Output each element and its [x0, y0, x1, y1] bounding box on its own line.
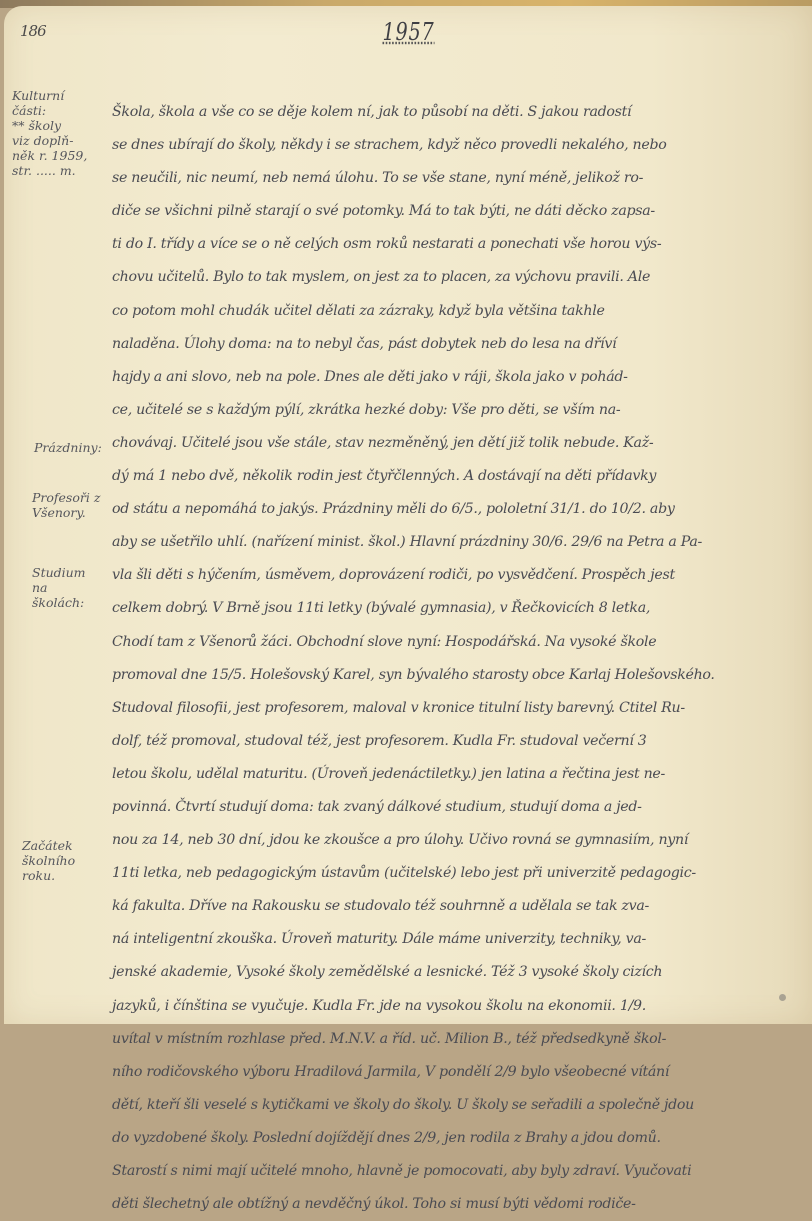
text-line: ce, učitelé se s každým pýlí, zkrátka he… — [112, 394, 752, 427]
ink-spot — [779, 994, 786, 1001]
text-line: dý má 1 nebo dvě, několik rodin jest čty… — [112, 460, 752, 493]
text-line: aby se ušetřilo uhlí. (nařízení minist. … — [112, 526, 752, 559]
text-line: vla šli děti s hýčením, úsměvem, doprová… — [112, 559, 752, 592]
text-line: povinná. Čtvrtí studují doma: tak zvaný … — [112, 791, 752, 824]
text-line: naladěna. Úlohy doma: na to nebyl čas, p… — [112, 328, 752, 361]
margin-note-studium: Studium na školách: — [32, 565, 86, 610]
handwritten-body-text: Škola, škola a vše co se děje kolem ní, … — [112, 96, 752, 1024]
text-line: chovu učitelů. Bylo to tak myslem, on je… — [112, 261, 752, 294]
year-heading: 1957 — [383, 18, 435, 46]
text-line: chovávaj. Učitelé jsou vše stále, stav n… — [112, 427, 752, 460]
text-line: ti do I. třídy a více se o ně celých osm… — [112, 228, 752, 261]
text-line: se dnes ubírají do školy, někdy i se str… — [112, 129, 752, 162]
page-number: 186 — [20, 22, 46, 40]
text-line: celkem dobrý. V Brně jsou 11ti letky (bý… — [112, 592, 752, 625]
margin-note-kulturni-cesty: Kulturní části: ** školy viz doplň- něk … — [12, 88, 87, 178]
text-line: Chodí tam z Všenorů žáci. Obchodní slove… — [112, 626, 752, 659]
text-line: co potom mohl chudák učitel dělati za zá… — [112, 295, 752, 328]
text-line: promoval dne 15/5. Holešovský Karel, syn… — [112, 659, 752, 692]
text-line: nou za 14, neb 30 dní, jdou ke zkoušce a… — [112, 824, 752, 857]
text-line: hajdy a ani slovo, neb na pole. Dnes ale… — [112, 361, 752, 394]
text-line: Studoval filosofii, jest profesorem, mal… — [112, 692, 752, 725]
text-line: letou školu, udělal maturitu. (Úroveň je… — [112, 758, 752, 791]
margin-note-profesori: Profesoři z Všenory. — [32, 490, 100, 520]
text-line: 11ti letka, neb pedagogickým ústavům (uč… — [112, 857, 752, 890]
text-line: jazyků, i čínština se vyučuje. Kudla Fr.… — [112, 990, 752, 1023]
chronicle-page: 186 1957 Kulturní části: ** školy viz do… — [4, 6, 812, 1024]
text-line: od státu a nepomáhá to jakýs. Prázdniny … — [112, 493, 752, 526]
text-line: jenské akademie, Vysoké školy zemědělské… — [112, 956, 752, 989]
margin-note-prazdniny: Prázdniny: — [34, 440, 102, 455]
text-line: ná inteligentní zkouška. Úroveň maturity… — [112, 923, 752, 956]
text-line: ká fakulta. Dříve na Rakousku se studova… — [112, 890, 752, 923]
margin-note-zacatek: Začátek školního roku. — [22, 838, 75, 883]
text-line: Škola, škola a vše co se děje kolem ní, … — [112, 96, 752, 129]
text-line: diče se všichni pilně starají o své poto… — [112, 195, 752, 228]
text-line: se neučili, nic neumí, neb nemá úlohu. T… — [112, 162, 752, 195]
text-line: dolf, též promoval, studoval též, jest p… — [112, 725, 752, 758]
